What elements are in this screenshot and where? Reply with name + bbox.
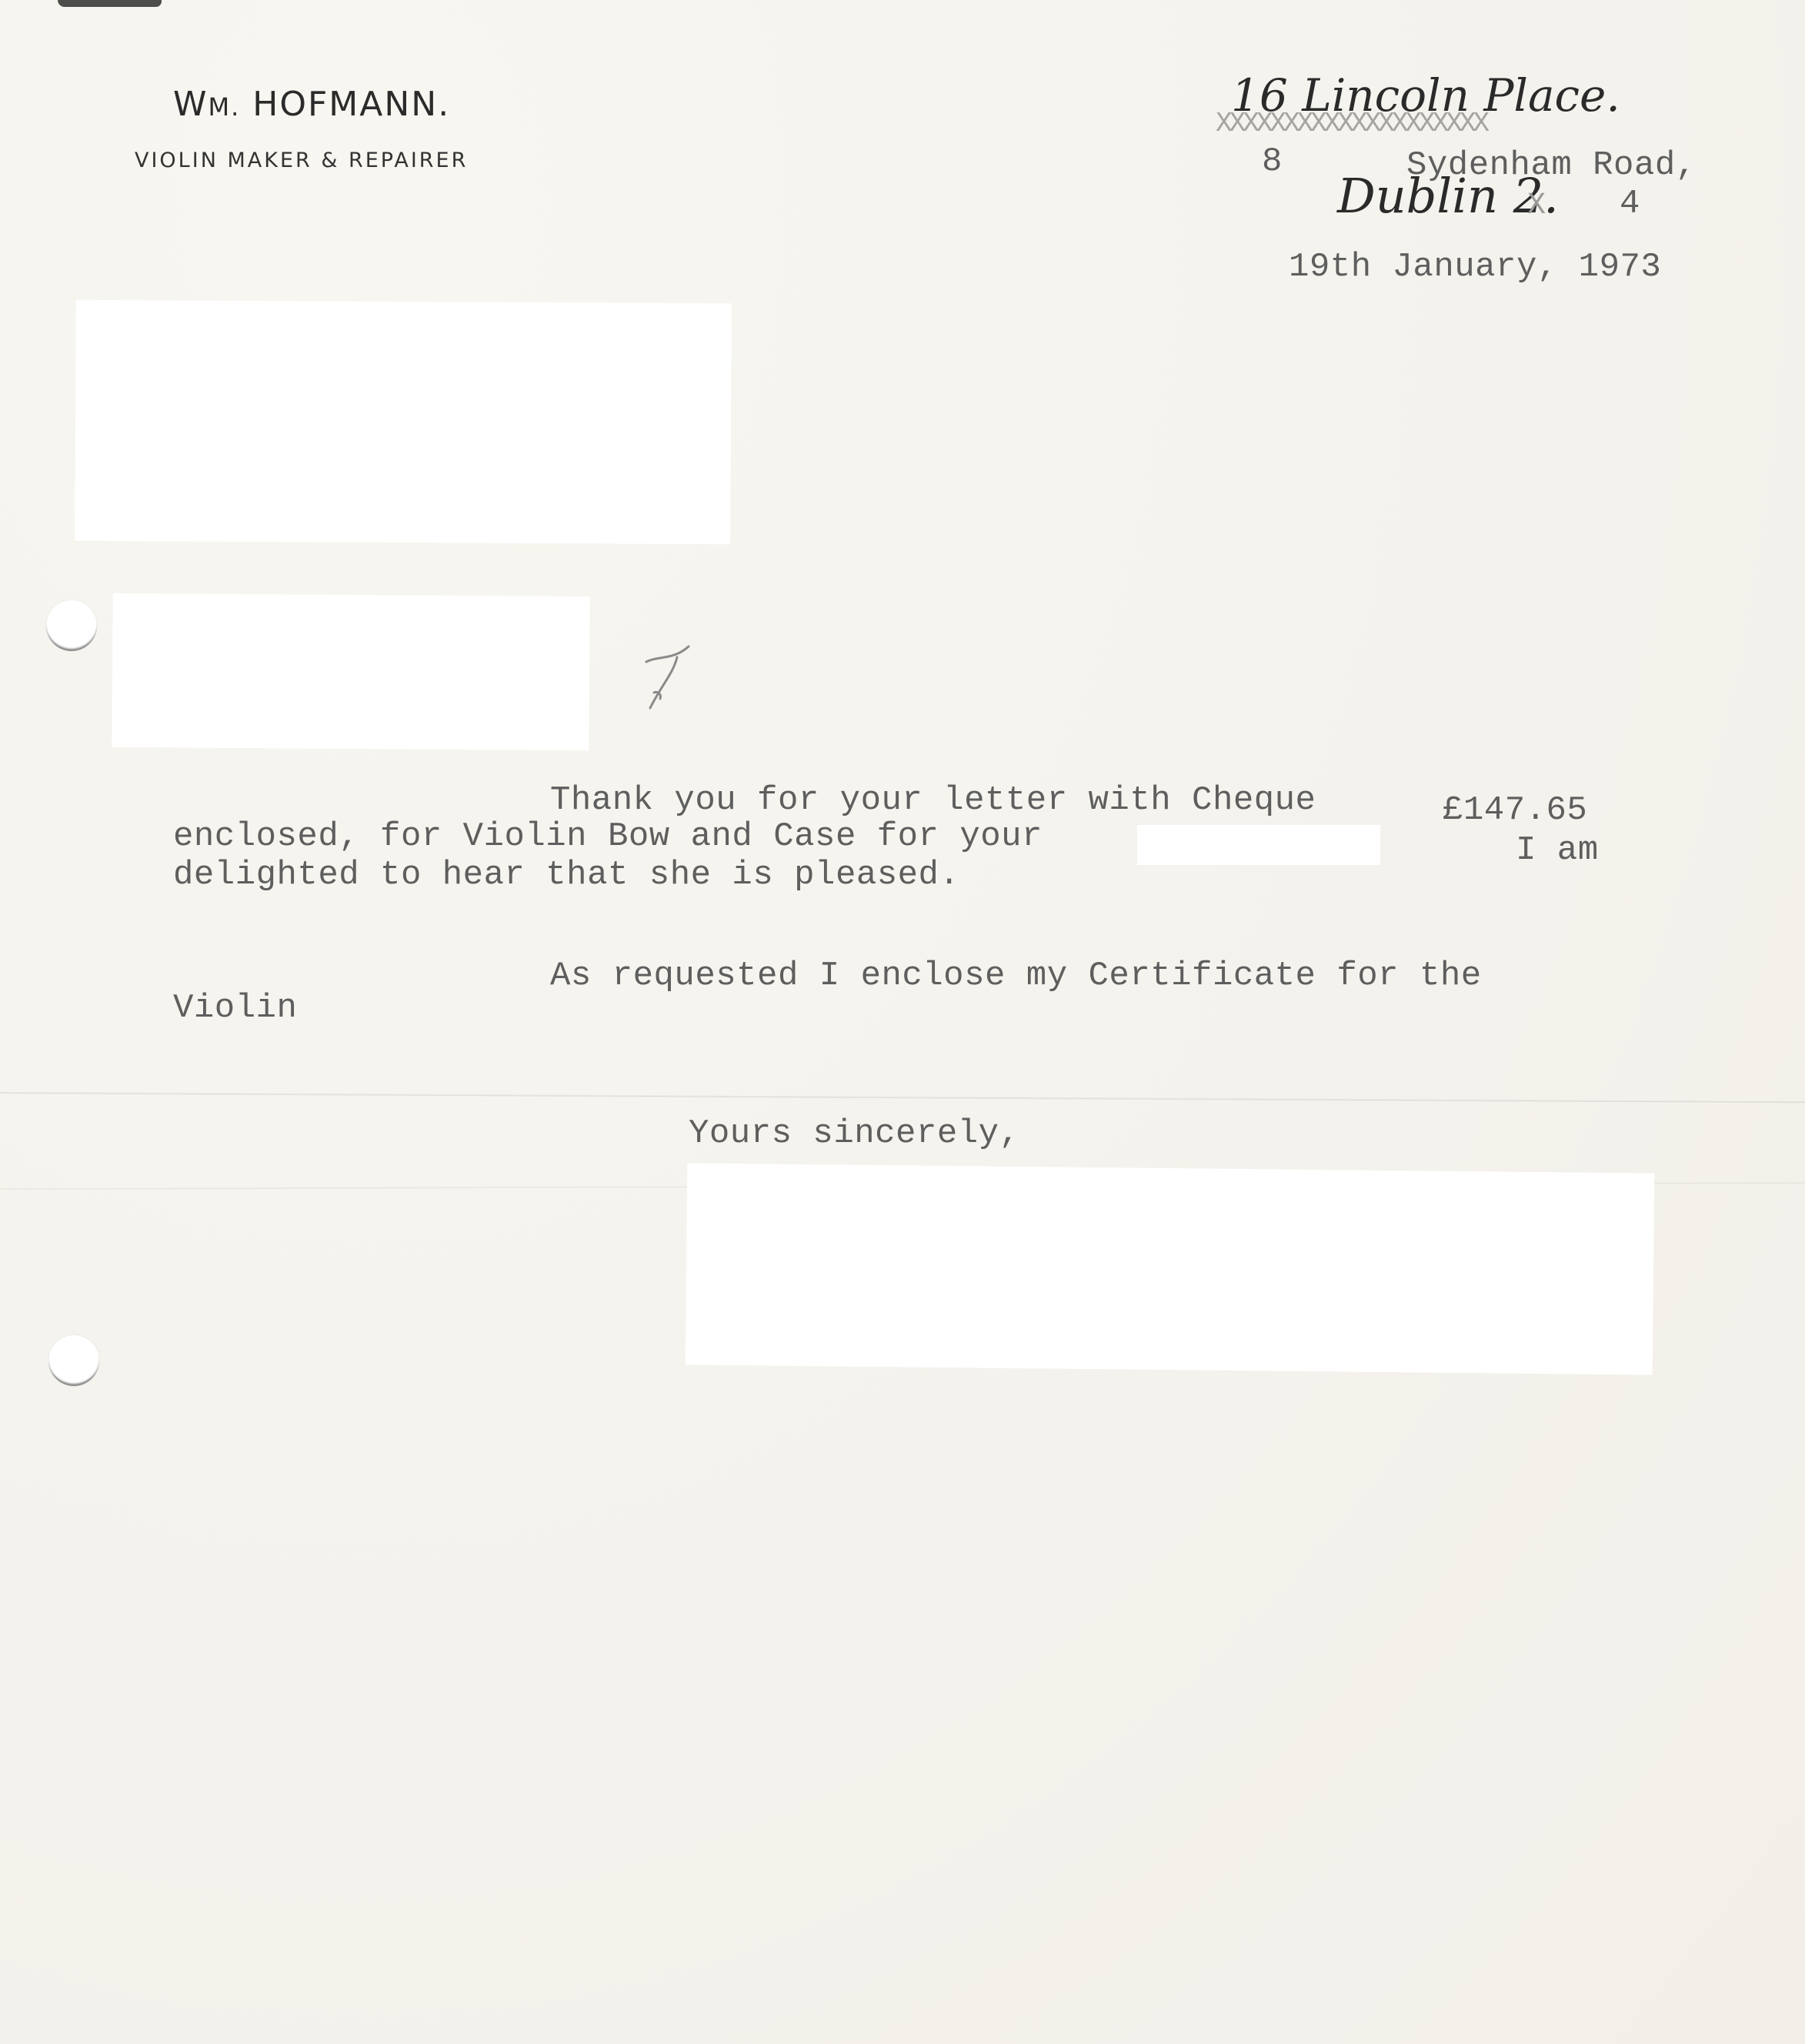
letterhead-subtitle: VIOLIN MAKER & REPAIRER (135, 149, 468, 172)
postcode-struck: X (1527, 189, 1546, 223)
letter-page: WM. HOFMANN. VIOLIN MAKER & REPAIRER XXX… (0, 0, 1805, 2044)
letter-date: 19th January, 1973 (1289, 248, 1661, 286)
pencil-mark-icon (631, 639, 708, 723)
name-surname: HOFMANN. (240, 85, 450, 124)
punch-hole (46, 600, 97, 651)
letterhead-name: WM. HOFMANN. (173, 85, 450, 124)
old-address-handwritten: 16 Lincoln Place. (1231, 69, 1620, 122)
paper-mark (58, 0, 162, 7)
paragraph1-line1: Thank you for your letter with Cheque (550, 781, 1316, 820)
paragraph2-line2: Violin (173, 989, 297, 1027)
postcode-typed: 4 (1620, 185, 1640, 223)
fold-crease (0, 1092, 1805, 1104)
closing: Yours sincerely, (689, 1114, 1019, 1153)
house-number: 8 (1262, 142, 1283, 181)
redacted-signature (686, 1163, 1655, 1374)
name-prefix-small: M. (209, 92, 241, 122)
redacted-addressee (75, 300, 732, 544)
cheque-amount: £147.65 (1443, 791, 1587, 830)
redacted-recipient-relation (1137, 825, 1380, 865)
paragraph1-line3: delighted to hear that she is pleased. (173, 856, 959, 894)
city-handwritten: Dublin 2. (1337, 168, 1559, 224)
redacted-salutation (112, 593, 589, 750)
punch-hole (48, 1335, 99, 1386)
paragraph1-line2-end: I am (1516, 831, 1599, 870)
paragraph2-line1: As requested I enclose my Certificate fo… (550, 957, 1482, 995)
name-prefix: W (173, 85, 209, 124)
paragraph1-line2: enclosed, for Violin Bow and Case for yo… (173, 817, 1043, 856)
